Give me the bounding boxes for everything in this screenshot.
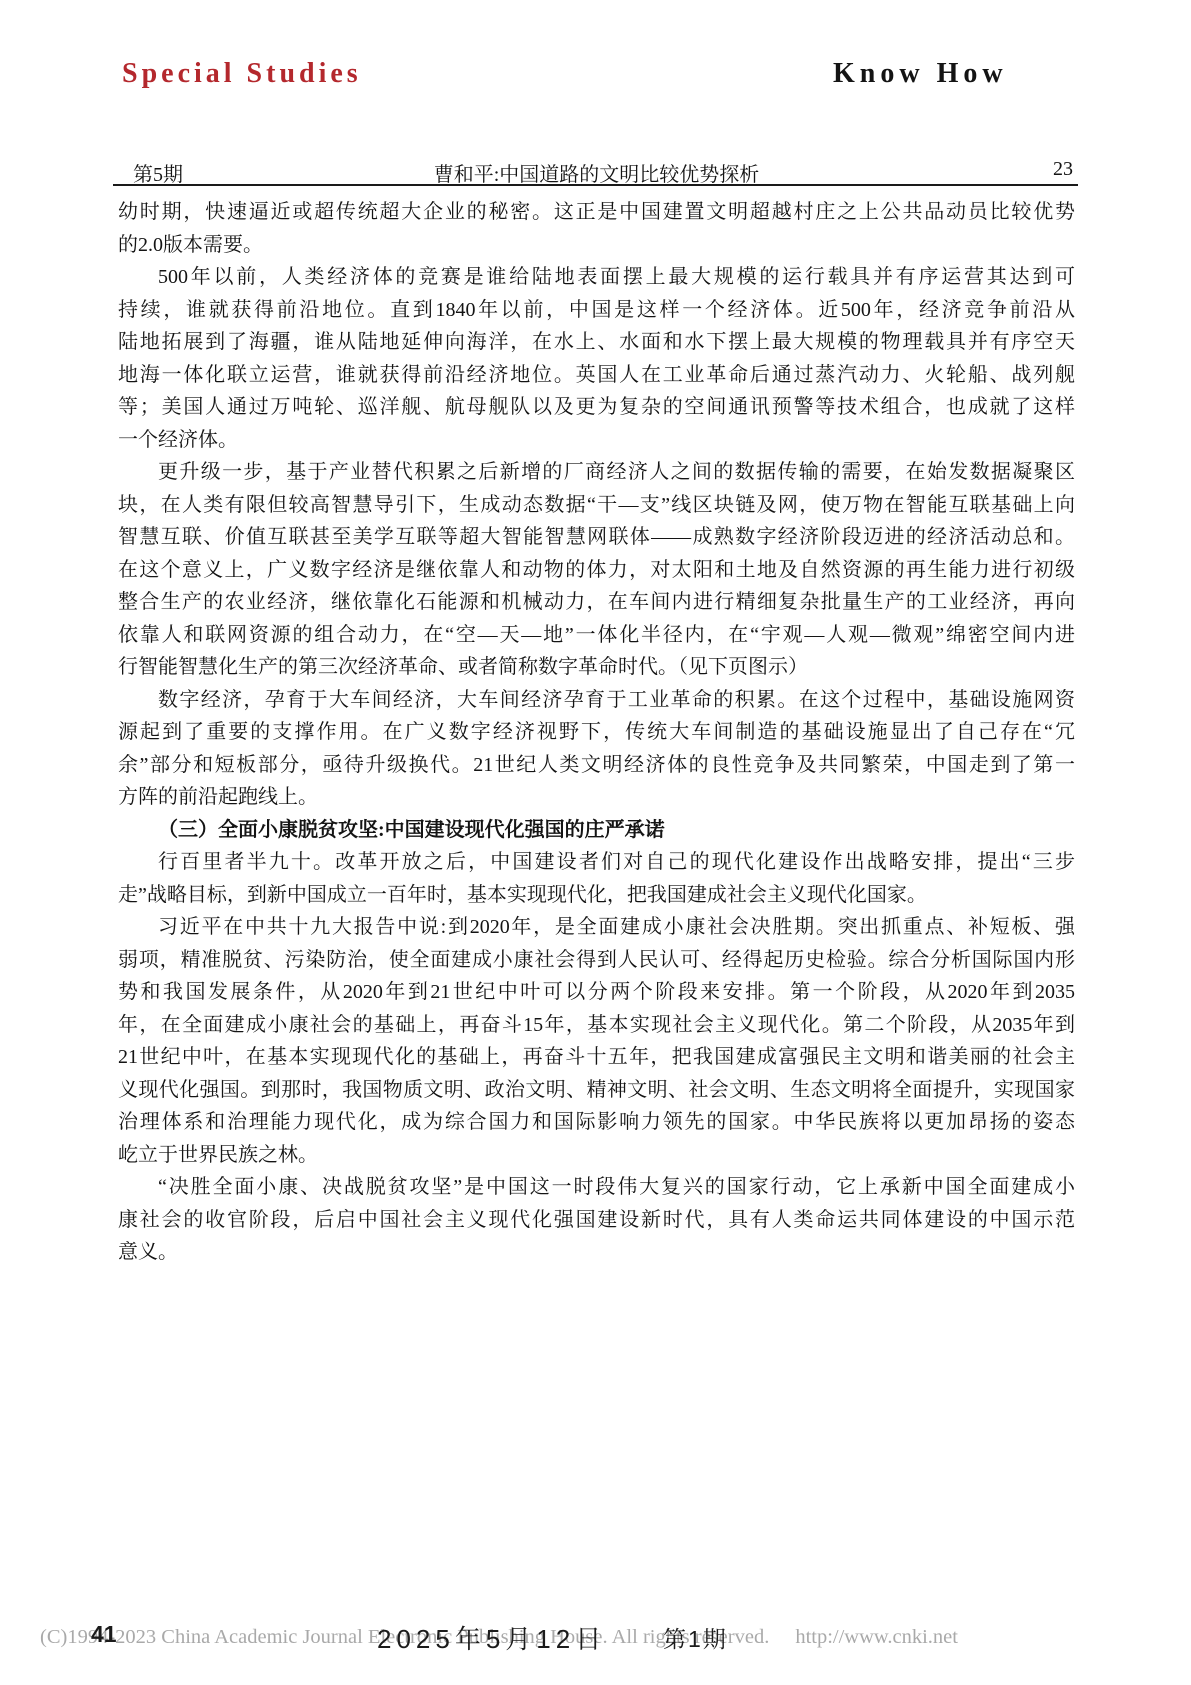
body-line: 年，在全面建成小康社会的基础上，再奋斗15年，基本实现社会主义现代化。第二个阶段…	[118, 1009, 1075, 1042]
body-line: 在这个意义上，广义数字经济是继依靠人和动物的体力，对太阳和土地及自然资源的再生能…	[118, 554, 1075, 587]
body-line: 治理体系和治理能力现代化，成为综合国力和国际影响力领先的国家。中华民族将以更加昂…	[118, 1106, 1075, 1139]
body-line: 21世纪中叶，在基本实现现代化的基础上，再奋斗十五年，把我国建成富强民主文明和谐…	[118, 1041, 1075, 1074]
stamp-date: 2025年5月12日	[377, 1619, 606, 1656]
body-line: 势和我国发展条件，从2020年到21世纪中叶可以分两个阶段来安排。第一个阶段，从…	[118, 976, 1075, 1009]
body-line: 行智能智慧化生产的第三次经济革命、或者简称数字革命时代。（见下页图示）	[118, 651, 1075, 684]
cnki-url: http://www.cnki.net	[795, 1626, 958, 1648]
body-line: 方阵的前沿起跑线上。	[118, 781, 1075, 814]
body-line: 等；美国人通过万吨轮、巡洋舰、航母舰队以及更为复杂的空间通讯预警等技术组合，也成…	[118, 391, 1075, 424]
running-head: 第5期 曹和平:中国道路的文明比较优势探析 23	[118, 158, 1075, 184]
running-title: 曹和平:中国道路的文明比较优势探析	[118, 158, 1075, 187]
body-line: 习近平在中共十九大报告中说:到2020年，是全面建成小康社会决胜期。突出抓重点、…	[118, 911, 1075, 944]
body-line: 屹立于世界民族之林。	[118, 1139, 1075, 1172]
body-line: 整合生产的农业经济，继依靠化石能源和机械动力，在车间内进行精细复杂批量生产的工业…	[118, 586, 1075, 619]
body-line: 康社会的收官阶段，后启中国社会主义现代化强国建设新时代，具有人类命运共同体建设的…	[118, 1204, 1075, 1237]
body-line: 一个经济体。	[118, 424, 1075, 457]
body-line: 块，在人类有限但较高智慧导引下，生成动态数据“干—支”线区块链及网，使万物在智能…	[118, 489, 1075, 522]
header-rule	[113, 184, 1078, 186]
document-page: Special Studies Know How 第5期 曹和平:中国道路的文明…	[0, 0, 1191, 1685]
body-line: 走”战略目标，到新中国成立一百年时，基本实现现代化，把我国建成社会主义现代化国家…	[118, 879, 1075, 912]
body-line: 智慧互联、价值互联甚至美学互联等超大智能智慧网联体——成熟数字经济阶段迈进的经济…	[118, 521, 1075, 554]
body-line: 余”部分和短板部分，亟待升级换代。21世纪人类文明经济体的良性竞争及共同繁荣，中…	[118, 749, 1075, 782]
body-line: 依靠人和联网资源的组合动力，在“空—天—地”一体化半径内，在“宇观—人观—微观”…	[118, 619, 1075, 652]
body-line: 持续，谁就获得前沿地位。直到1840年以前，中国是这样一个经济体。近500年，经…	[118, 294, 1075, 327]
section-heading: （三）全面小康脱贫攻坚:中国建设现代化强国的庄严承诺	[118, 814, 1075, 847]
banner-column-label: Know How	[833, 58, 1008, 90]
page-number: 23	[1053, 158, 1073, 181]
body-line: 地海一体化联立运营，谁就获得前沿经济地位。英国人在工业革命后通过蒸汽动力、火轮船…	[118, 359, 1075, 392]
body-line: 幼时期，快速逼近或超传统超大企业的秘密。这正是中国建置文明超越村庄之上公共品动员…	[118, 196, 1075, 229]
stamp-issue: 第1期	[663, 1621, 728, 1654]
body-line: 行百里者半九十。改革开放之后，中国建设者们对自己的现代化建设作出战略安排，提出“…	[118, 846, 1075, 879]
body-line: 500年以前，人类经济体的竞赛是谁给陆地表面摆上最大规模的运行载具并有序运营其达…	[118, 261, 1075, 294]
body-line: 数字经济，孕育于大车间经济，大车间经济孕育于工业革命的积累。在这个过程中，基础设…	[118, 684, 1075, 717]
body-line: 的2.0版本需要。	[118, 229, 1075, 262]
body-line: 弱项，精准脱贫、污染防治，使全面建成小康社会得到人民认可、经得起历史检验。综合分…	[118, 944, 1075, 977]
body-line: 意义。	[118, 1236, 1075, 1269]
stamp-page-number: 41	[91, 1621, 117, 1648]
body-line: 陆地拓展到了海疆，谁从陆地延伸向海洋，在水上、水面和水下摆上最大规模的物理载具并…	[118, 326, 1075, 359]
body-line: 源起到了重要的支撑作用。在广义数字经济视野下，传统大车间制造的基础设施显出了自己…	[118, 716, 1075, 749]
banner-section-label: Special Studies	[122, 58, 362, 90]
article-body: 幼时期，快速逼近或超传统超大企业的秘密。这正是中国建置文明超越村庄之上公共品动员…	[118, 196, 1075, 1269]
body-line: “决胜全面小康、决战脱贫攻坚”是中国这一时段伟大复兴的国家行动，它上承新中国全面…	[118, 1171, 1075, 1204]
body-line: 更升级一步，基于产业替代积累之后新增的厂商经济人之间的数据传输的需要，在始发数据…	[118, 456, 1075, 489]
body-line: 义现代化强国。到那时，我国物质文明、政治文明、精神文明、社会文明、生态文明将全面…	[118, 1074, 1075, 1107]
